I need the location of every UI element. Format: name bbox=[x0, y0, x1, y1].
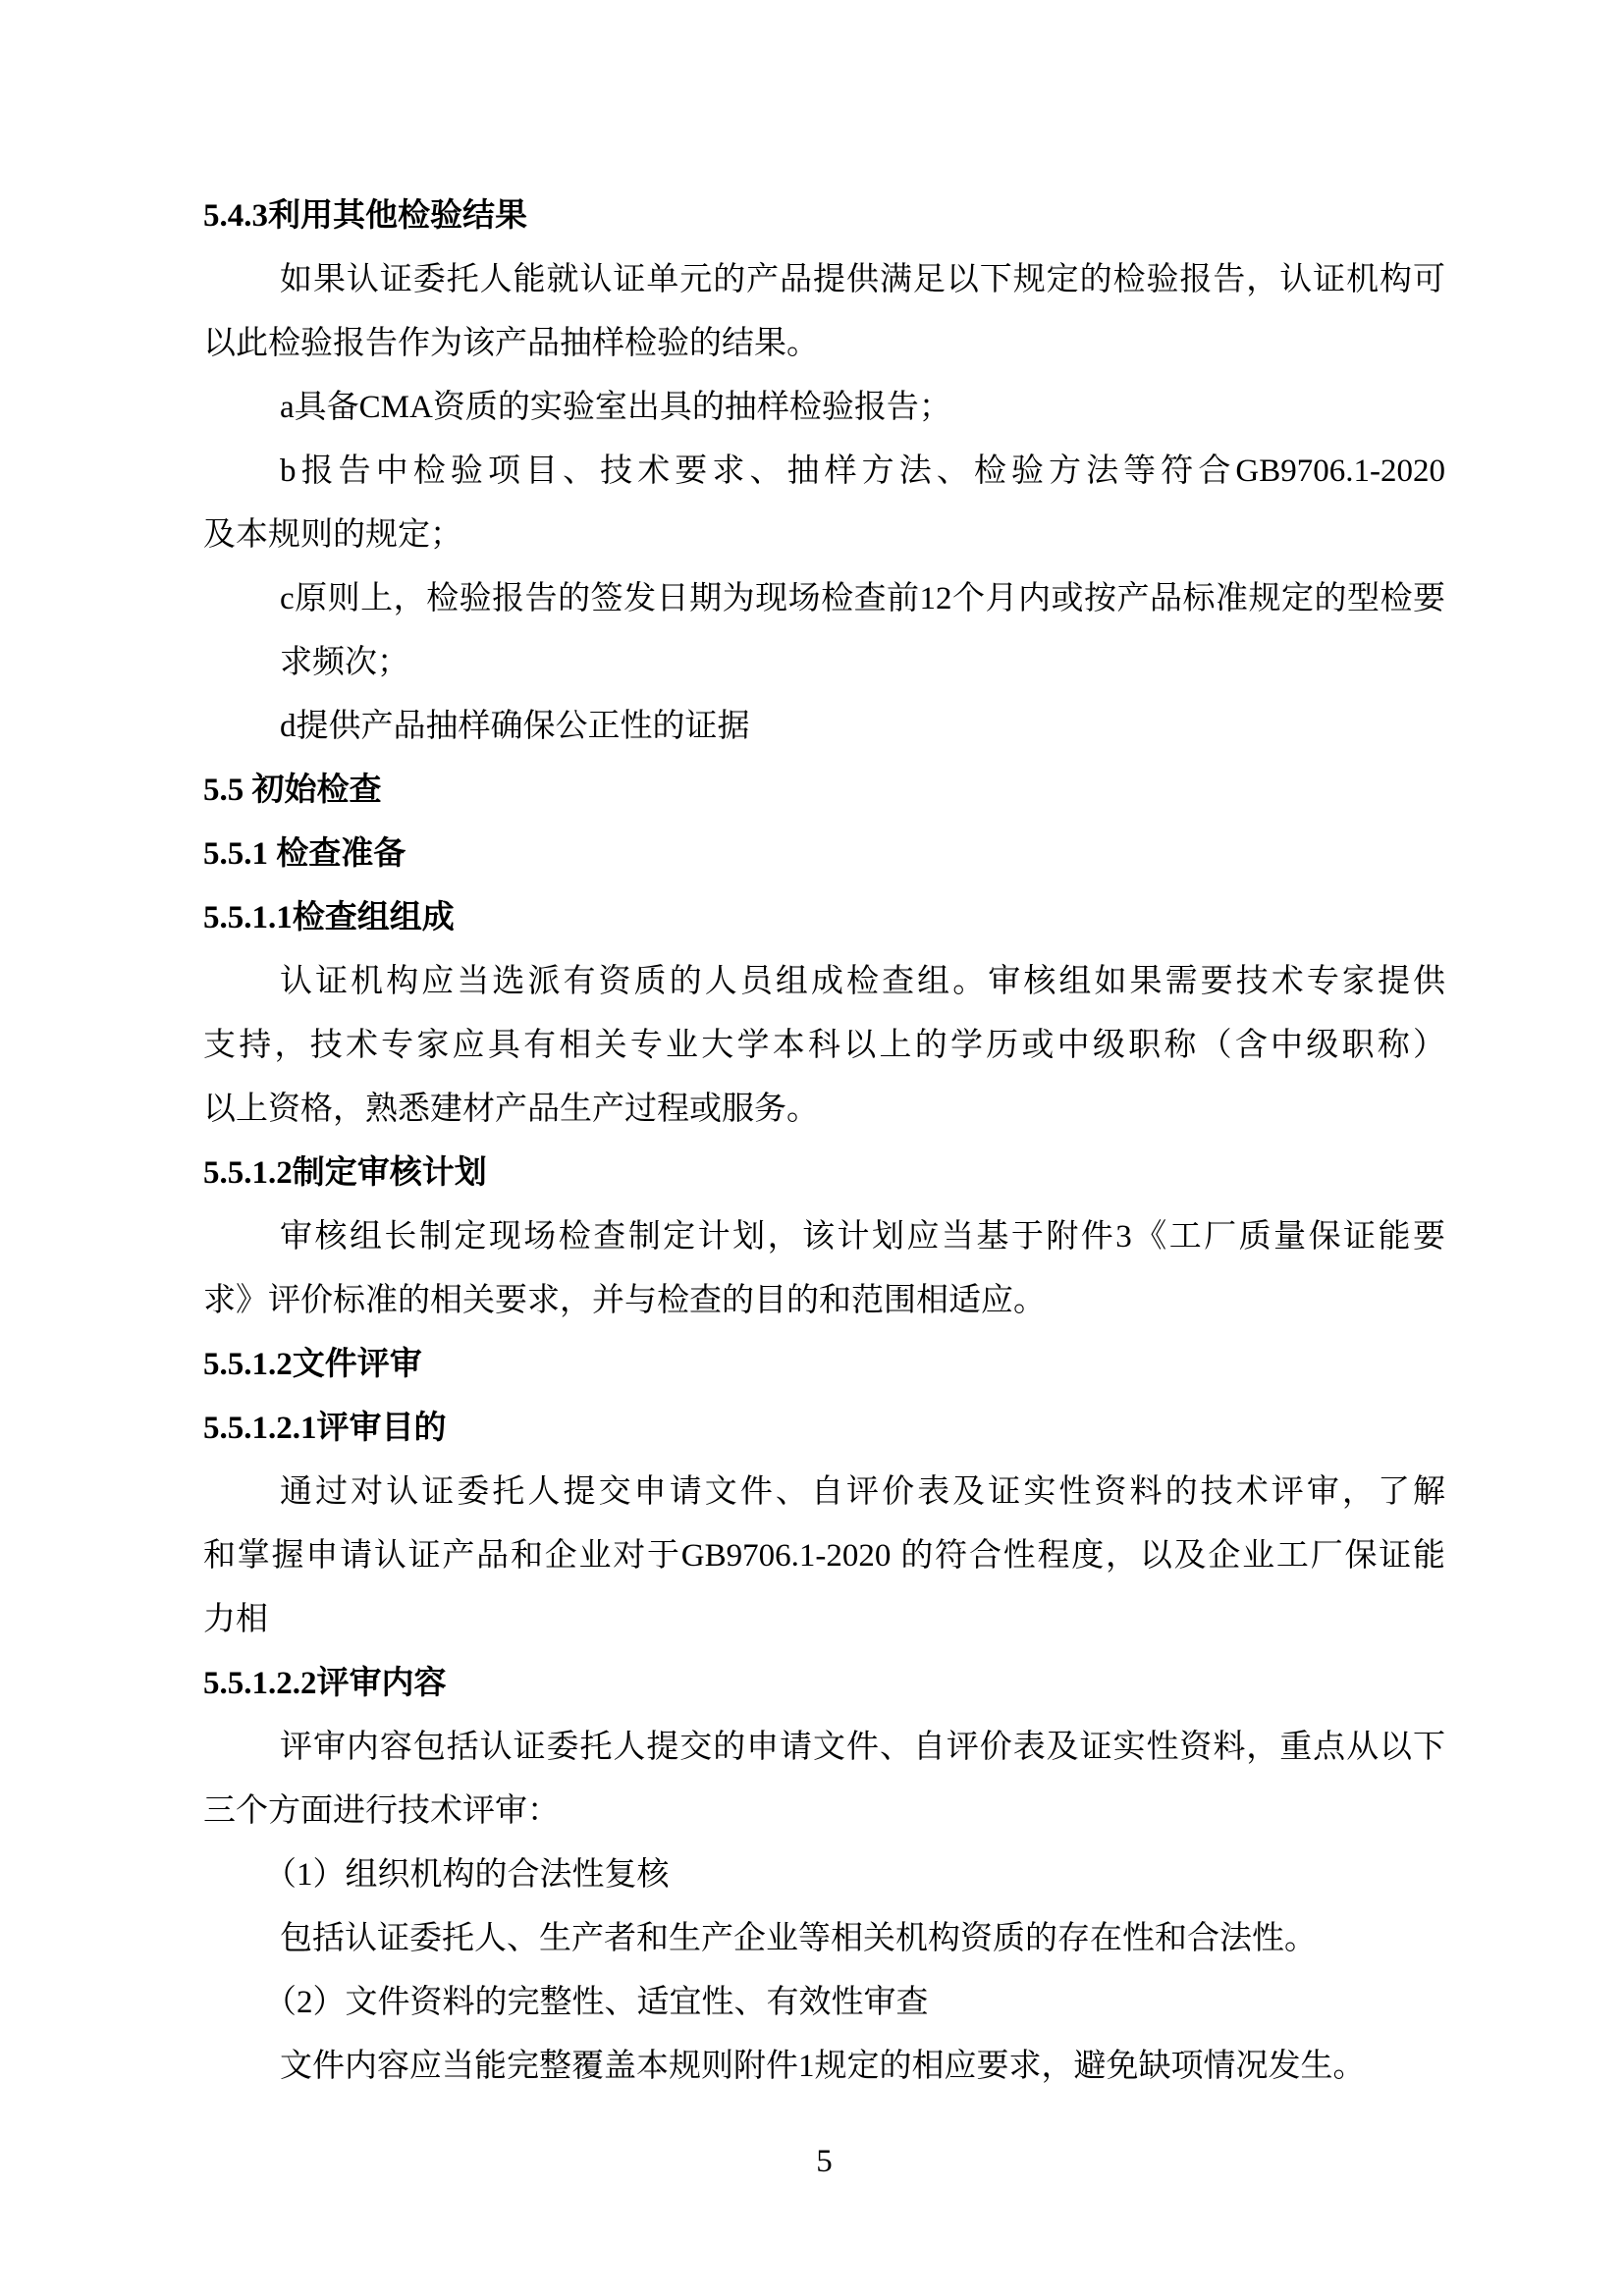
text-line: 和掌握申请认证产品和企业对于GB9706.1-2020 的符合性程度，以及企业工… bbox=[203, 1524, 1445, 1588]
text-line: a具备CMA资质的实验室出具的抽样检验报告； bbox=[203, 376, 1445, 440]
paragraph: 包括认证委托人、生产者和生产企业等相关机构资质的存在性和合法性。 bbox=[203, 1907, 1445, 1971]
paragraph: 如果认证委托人能就认证单元的产品提供满足以下规定的检验报告，认证机构可以此检验报… bbox=[203, 248, 1445, 376]
section-heading: 5.5.1 检查准备 bbox=[203, 823, 1445, 886]
text-line: 5.5.1.2文件评审 bbox=[203, 1333, 1445, 1397]
paragraph: 文件内容应当能完整覆盖本规则附件1规定的相应要求，避免缺项情况发生。 bbox=[203, 2035, 1445, 2099]
section-heading: 5.5.1.2制定审核计划 bbox=[203, 1142, 1445, 1205]
paragraph: a具备CMA资质的实验室出具的抽样检验报告； bbox=[203, 376, 1445, 440]
paragraph: c原则上，检验报告的签发日期为现场检查前12个月内或按产品标准规定的型检要求频次… bbox=[203, 567, 1445, 695]
section-heading: 5.4.3利用其他检验结果 bbox=[203, 185, 1445, 248]
paragraph: d提供产品抽样确保公正性的证据 bbox=[203, 695, 1445, 759]
text-line: c原则上，检验报告的签发日期为现场检查前12个月内或按产品标准规定的型检要 bbox=[203, 567, 1445, 631]
text-line: 以此检验报告作为该产品抽样检验的结果。 bbox=[203, 312, 1445, 376]
section-heading: 5.5.1.2文件评审 bbox=[203, 1333, 1445, 1397]
paragraph: （2）文件资料的完整性、适宜性、有效性审查 bbox=[203, 1971, 1445, 2035]
text-line: 及本规则的规定； bbox=[203, 504, 1445, 567]
text-line: d提供产品抽样确保公正性的证据 bbox=[203, 695, 1445, 759]
text-line: 5.5.1.1检查组组成 bbox=[203, 886, 1445, 950]
text-line: 5.5.1.2.1评审目的 bbox=[203, 1397, 1445, 1461]
text-line: 5.5.1.2.2评审内容 bbox=[203, 1652, 1445, 1716]
section-heading: 5.5.1.2.2评审内容 bbox=[203, 1652, 1445, 1716]
section-heading: 5.5 初始检查 bbox=[203, 759, 1445, 823]
paragraph: （1）组织机构的合法性复核 bbox=[203, 1843, 1445, 1907]
text-line: 包括认证委托人、生产者和生产企业等相关机构资质的存在性和合法性。 bbox=[203, 1907, 1445, 1971]
page-number: 5 bbox=[816, 2144, 833, 2179]
paragraph: b报告中检验项目、技术要求、抽样方法、检验方法等符合GB9706.1-2020及… bbox=[203, 440, 1445, 567]
document-page: 5.4.3利用其他检验结果如果认证委托人能就认证单元的产品提供满足以下规定的检验… bbox=[0, 0, 1624, 2296]
text-line: 审核组长制定现场检查制定计划，该计划应当基于附件3《工厂质量保证能要 bbox=[203, 1205, 1445, 1269]
paragraph: 审核组长制定现场检查制定计划，该计划应当基于附件3《工厂质量保证能要求》评价标准… bbox=[203, 1205, 1445, 1333]
text-line: （2）文件资料的完整性、适宜性、有效性审查 bbox=[203, 1971, 1445, 2035]
text-line: 认证机构应当选派有资质的人员组成检查组。审核组如果需要技术专家提供 bbox=[203, 950, 1445, 1014]
text-line: 5.4.3利用其他检验结果 bbox=[203, 185, 1445, 248]
text-line: 求》评价标准的相关要求，并与检查的目的和范围相适应。 bbox=[203, 1269, 1445, 1333]
text-line: 5.5.1.2制定审核计划 bbox=[203, 1142, 1445, 1205]
text-line: 文件内容应当能完整覆盖本规则附件1规定的相应要求，避免缺项情况发生。 bbox=[203, 2035, 1445, 2099]
text-line: （1）组织机构的合法性复核 bbox=[203, 1843, 1445, 1907]
document-content: 5.4.3利用其他检验结果如果认证委托人能就认证单元的产品提供满足以下规定的检验… bbox=[203, 185, 1445, 2099]
text-line: b报告中检验项目、技术要求、抽样方法、检验方法等符合GB9706.1-2020 bbox=[203, 440, 1445, 504]
page-footer: 5 bbox=[203, 2130, 1445, 2194]
text-line: 力相 bbox=[203, 1588, 1445, 1652]
paragraph: 认证机构应当选派有资质的人员组成检查组。审核组如果需要技术专家提供支持，技术专家… bbox=[203, 950, 1445, 1142]
text-line: 通过对认证委托人提交申请文件、自评价表及证实性资料的技术评审，了解 bbox=[203, 1461, 1445, 1524]
text-line: 如果认证委托人能就认证单元的产品提供满足以下规定的检验报告，认证机构可 bbox=[203, 248, 1445, 312]
paragraph: 评审内容包括认证委托人提交的申请文件、自评价表及证实性资料，重点从以下三个方面进… bbox=[203, 1716, 1445, 1843]
text-line: 5.5.1 检查准备 bbox=[203, 823, 1445, 886]
section-heading: 5.5.1.2.1评审目的 bbox=[203, 1397, 1445, 1461]
text-line: 支持，技术专家应具有相关专业大学本科以上的学历或中级职称（含中级职称） bbox=[203, 1014, 1445, 1078]
paragraph: 通过对认证委托人提交申请文件、自评价表及证实性资料的技术评审，了解和掌握申请认证… bbox=[203, 1461, 1445, 1652]
text-line: 评审内容包括认证委托人提交的申请文件、自评价表及证实性资料，重点从以下 bbox=[203, 1716, 1445, 1780]
text-line: 三个方面进行技术评审： bbox=[203, 1780, 1445, 1843]
text-line: 以上资格，熟悉建材产品生产过程或服务。 bbox=[203, 1078, 1445, 1142]
text-line: 5.5 初始检查 bbox=[203, 759, 1445, 823]
text-line: 求频次； bbox=[203, 631, 1445, 695]
section-heading: 5.5.1.1检查组组成 bbox=[203, 886, 1445, 950]
